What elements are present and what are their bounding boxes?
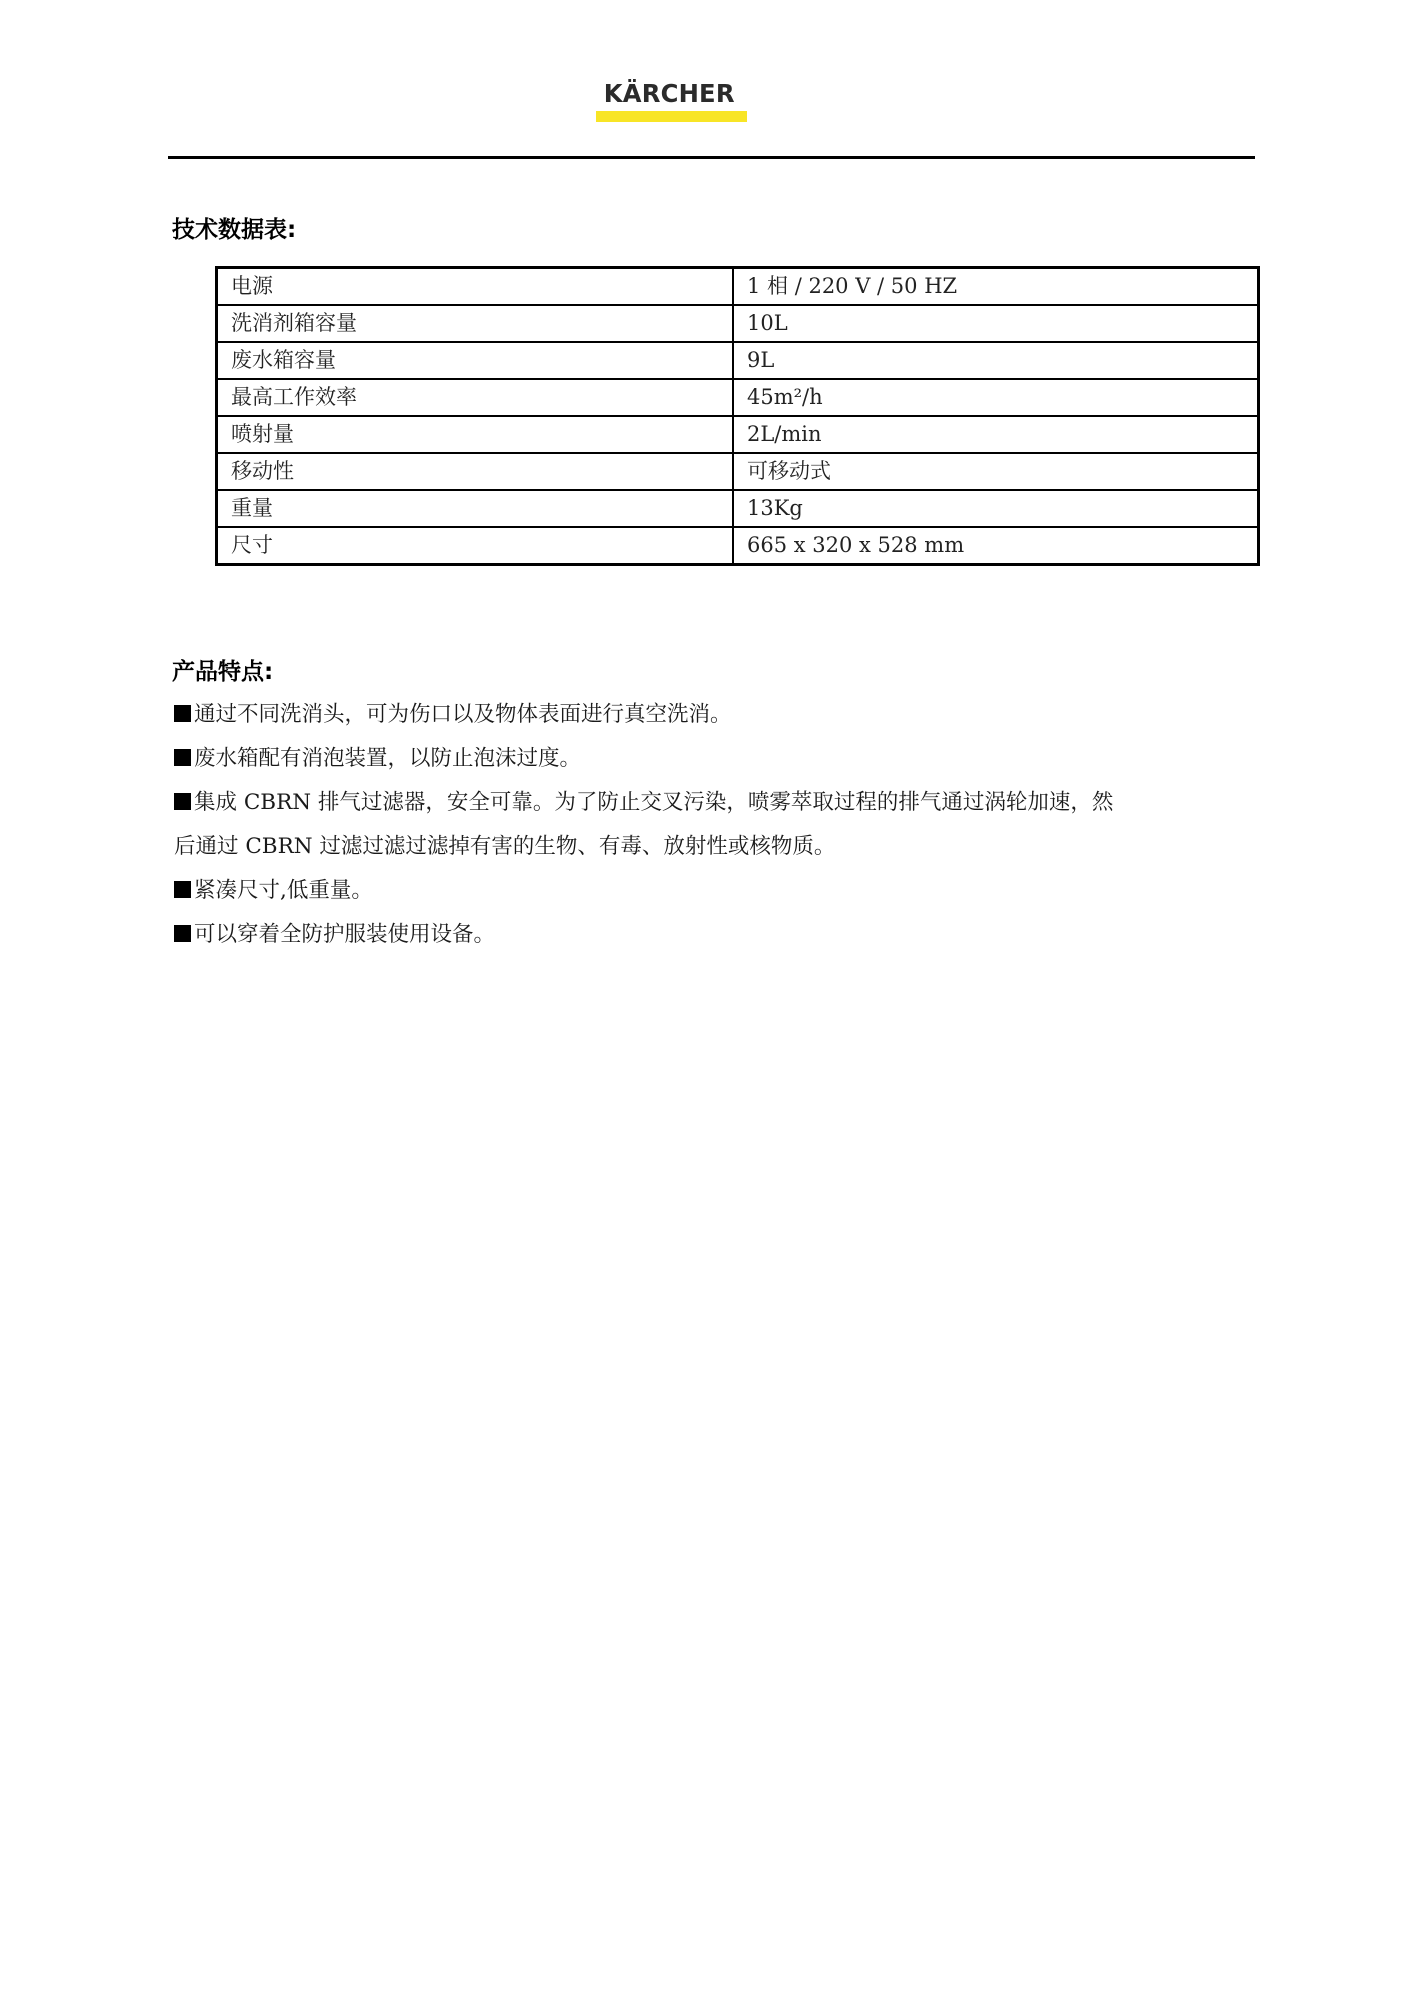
square-bullet-icon — [174, 705, 191, 722]
spec-label: 移动性 — [217, 453, 734, 490]
table-row: 电源 1 相 / 220 V / 50 HZ — [217, 268, 1259, 306]
table-row: 喷射量 2L/min — [217, 416, 1259, 453]
features-list: 通过不同洗消头，可为伤口以及物体表面进行真空洗消。 废水箱配有消泡装置，以防止泡… — [174, 693, 1264, 957]
table-row: 移动性 可移动式 — [217, 453, 1259, 490]
list-item: 紧凑尺寸,低重量。 — [174, 869, 1264, 913]
spec-value: 1 相 / 220 V / 50 HZ — [733, 268, 1259, 306]
list-item: 废水箱配有消泡装置，以防止泡沫过度。 — [174, 737, 1264, 781]
table-row: 洗消剂箱容量 10L — [217, 305, 1259, 342]
spec-value: 2L/min — [733, 416, 1259, 453]
spec-value: 9L — [733, 342, 1259, 379]
square-bullet-icon — [174, 881, 191, 898]
feature-text: 可以穿着全防护服装使用设备。 — [194, 922, 495, 947]
spec-label: 喷射量 — [217, 416, 734, 453]
feature-text: 紧凑尺寸,低重量。 — [194, 878, 373, 903]
header-divider — [168, 156, 1255, 159]
table-row: 最高工作效率 45m²/h — [217, 379, 1259, 416]
feature-text: 集成 CBRN 排气过滤器，安全可靠。为了防止交叉污染，喷雾萃取过程的排气通过涡… — [194, 790, 1113, 815]
spec-label: 尺寸 — [217, 527, 734, 565]
table-row: 废水箱容量 9L — [217, 342, 1259, 379]
spec-label: 电源 — [217, 268, 734, 306]
spec-value: 665 x 320 x 528 mm — [733, 527, 1259, 565]
feature-text: 后通过 CBRN 过滤过滤过滤掉有害的生物、有毒、放射性或核物质。 — [174, 834, 835, 859]
square-bullet-icon — [174, 925, 191, 942]
spec-label: 废水箱容量 — [217, 342, 734, 379]
list-item-continuation: 后通过 CBRN 过滤过滤过滤掉有害的生物、有毒、放射性或核物质。 — [174, 825, 1264, 869]
spec-label: 洗消剂箱容量 — [217, 305, 734, 342]
list-item: 通过不同洗消头，可为伤口以及物体表面进行真空洗消。 — [174, 693, 1264, 737]
list-item: 可以穿着全防护服装使用设备。 — [174, 913, 1264, 957]
spec-section-heading: 技术数据表: — [172, 216, 296, 244]
square-bullet-icon — [174, 749, 191, 766]
spec-value: 10L — [733, 305, 1259, 342]
karcher-logo: KÄRCHER — [596, 80, 747, 124]
spec-value: 13Kg — [733, 490, 1259, 527]
feature-text: 废水箱配有消泡装置，以防止泡沫过度。 — [194, 746, 581, 771]
spec-table: 电源 1 相 / 220 V / 50 HZ 洗消剂箱容量 10L 废水箱容量 … — [215, 266, 1260, 566]
spec-label: 重量 — [217, 490, 734, 527]
spec-value: 可移动式 — [733, 453, 1259, 490]
logo-wordmark: KÄRCHER — [596, 80, 742, 107]
table-row: 尺寸 665 x 320 x 528 mm — [217, 527, 1259, 565]
spec-label: 最高工作效率 — [217, 379, 734, 416]
list-item: 集成 CBRN 排气过滤器，安全可靠。为了防止交叉污染，喷雾萃取过程的排气通过涡… — [174, 781, 1264, 825]
features-section-heading: 产品特点: — [172, 658, 273, 686]
logo-yellow-bar — [596, 111, 747, 122]
spec-value: 45m²/h — [733, 379, 1259, 416]
square-bullet-icon — [174, 793, 191, 810]
table-row: 重量 13Kg — [217, 490, 1259, 527]
feature-text: 通过不同洗消头，可为伤口以及物体表面进行真空洗消。 — [194, 702, 732, 727]
